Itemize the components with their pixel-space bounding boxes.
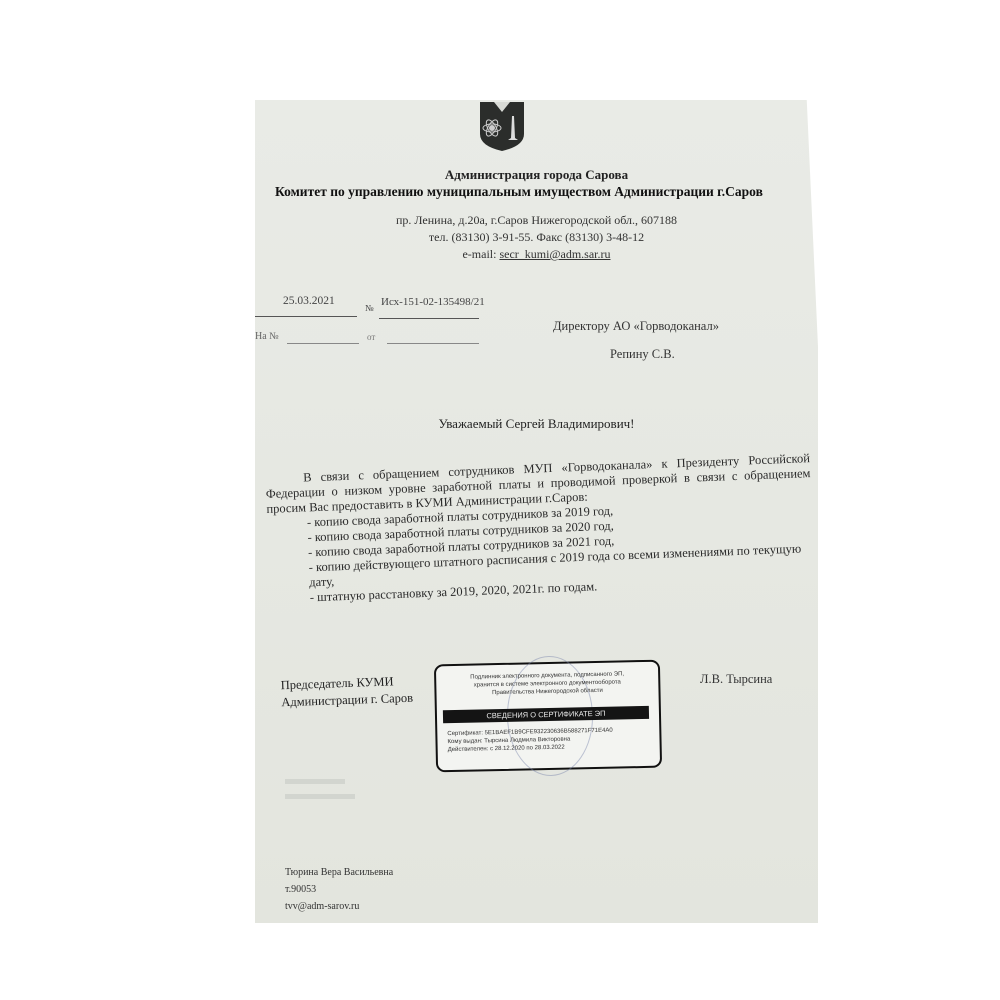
- date-underline: [255, 316, 357, 317]
- recipient-name: Репину С.В.: [610, 347, 675, 362]
- number-underline: [379, 318, 479, 319]
- executor-phone: т.90053: [285, 881, 393, 898]
- committee-name: Комитет по управлению муниципальным имущ…: [275, 184, 763, 200]
- stamp-header: СВЕДЕНИЯ О СЕРТИФИКАТЕ ЭП: [443, 706, 649, 723]
- coat-of-arms-icon: [472, 100, 532, 152]
- signer-name: Л.В. Тырсина: [700, 672, 772, 687]
- from-label: от: [367, 332, 375, 342]
- org-email[interactable]: secr_kumi@adm.sar.ru: [499, 247, 610, 261]
- e-signature-stamp: Подлинник электронного документа, подпис…: [434, 660, 662, 773]
- reply-date-field: [387, 343, 479, 344]
- reply-number-field: [287, 343, 359, 344]
- email-label: e-mail:: [462, 247, 499, 261]
- executor-name: Тюрина Вера Васильевна: [285, 864, 393, 881]
- org-name: Администрация города Сарова: [255, 167, 818, 183]
- signatory-title-line2: Администрации г. Саров: [281, 690, 413, 712]
- executor-info: Тюрина Вера Васильевна т.90053 tvv@adm-s…: [285, 864, 393, 915]
- outgoing-number: Исх-151-02-135498/21: [381, 296, 485, 308]
- recipient-position: Директору АО «Горводоканал»: [553, 319, 719, 334]
- letter-page: Администрация города Сарова Комитет по у…: [255, 100, 818, 923]
- owner-label: Кому выдан:: [447, 738, 482, 745]
- certificate-label: Сертификат:: [447, 730, 483, 737]
- number-sign: №: [365, 303, 374, 313]
- faded-text-artifact: [285, 773, 355, 799]
- greeting: Уважаемый Сергей Владимирович!: [255, 416, 818, 432]
- letter-body: В связи с обращением сотрудников МУП «Го…: [265, 451, 815, 607]
- reply-to-label: На №: [255, 331, 279, 342]
- validity-value: с 28.12.2020 по 28.03.2022: [490, 745, 565, 753]
- org-address: пр. Ленина, д.20а, г.Саров Нижегородской…: [255, 213, 818, 228]
- org-phone: тел. (83130) 3-91-55. Факс (83130) 3-48-…: [255, 230, 818, 245]
- stamp-notice: Подлинник электронного документа, подпис…: [436, 670, 658, 699]
- executor-email[interactable]: tvv@adm-sarov.ru: [285, 898, 393, 915]
- letter-date: 25.03.2021: [283, 295, 335, 307]
- validity-label: Действителен:: [448, 746, 489, 753]
- stamp-certificate-info: Сертификат: 5E1BAEF1B9CFE932230636B58827…: [447, 727, 613, 754]
- signatory-title: Председатель КУМИ Администрации г. Саров: [280, 673, 413, 712]
- org-email-line: e-mail: secr_kumi@adm.sar.ru: [255, 247, 818, 262]
